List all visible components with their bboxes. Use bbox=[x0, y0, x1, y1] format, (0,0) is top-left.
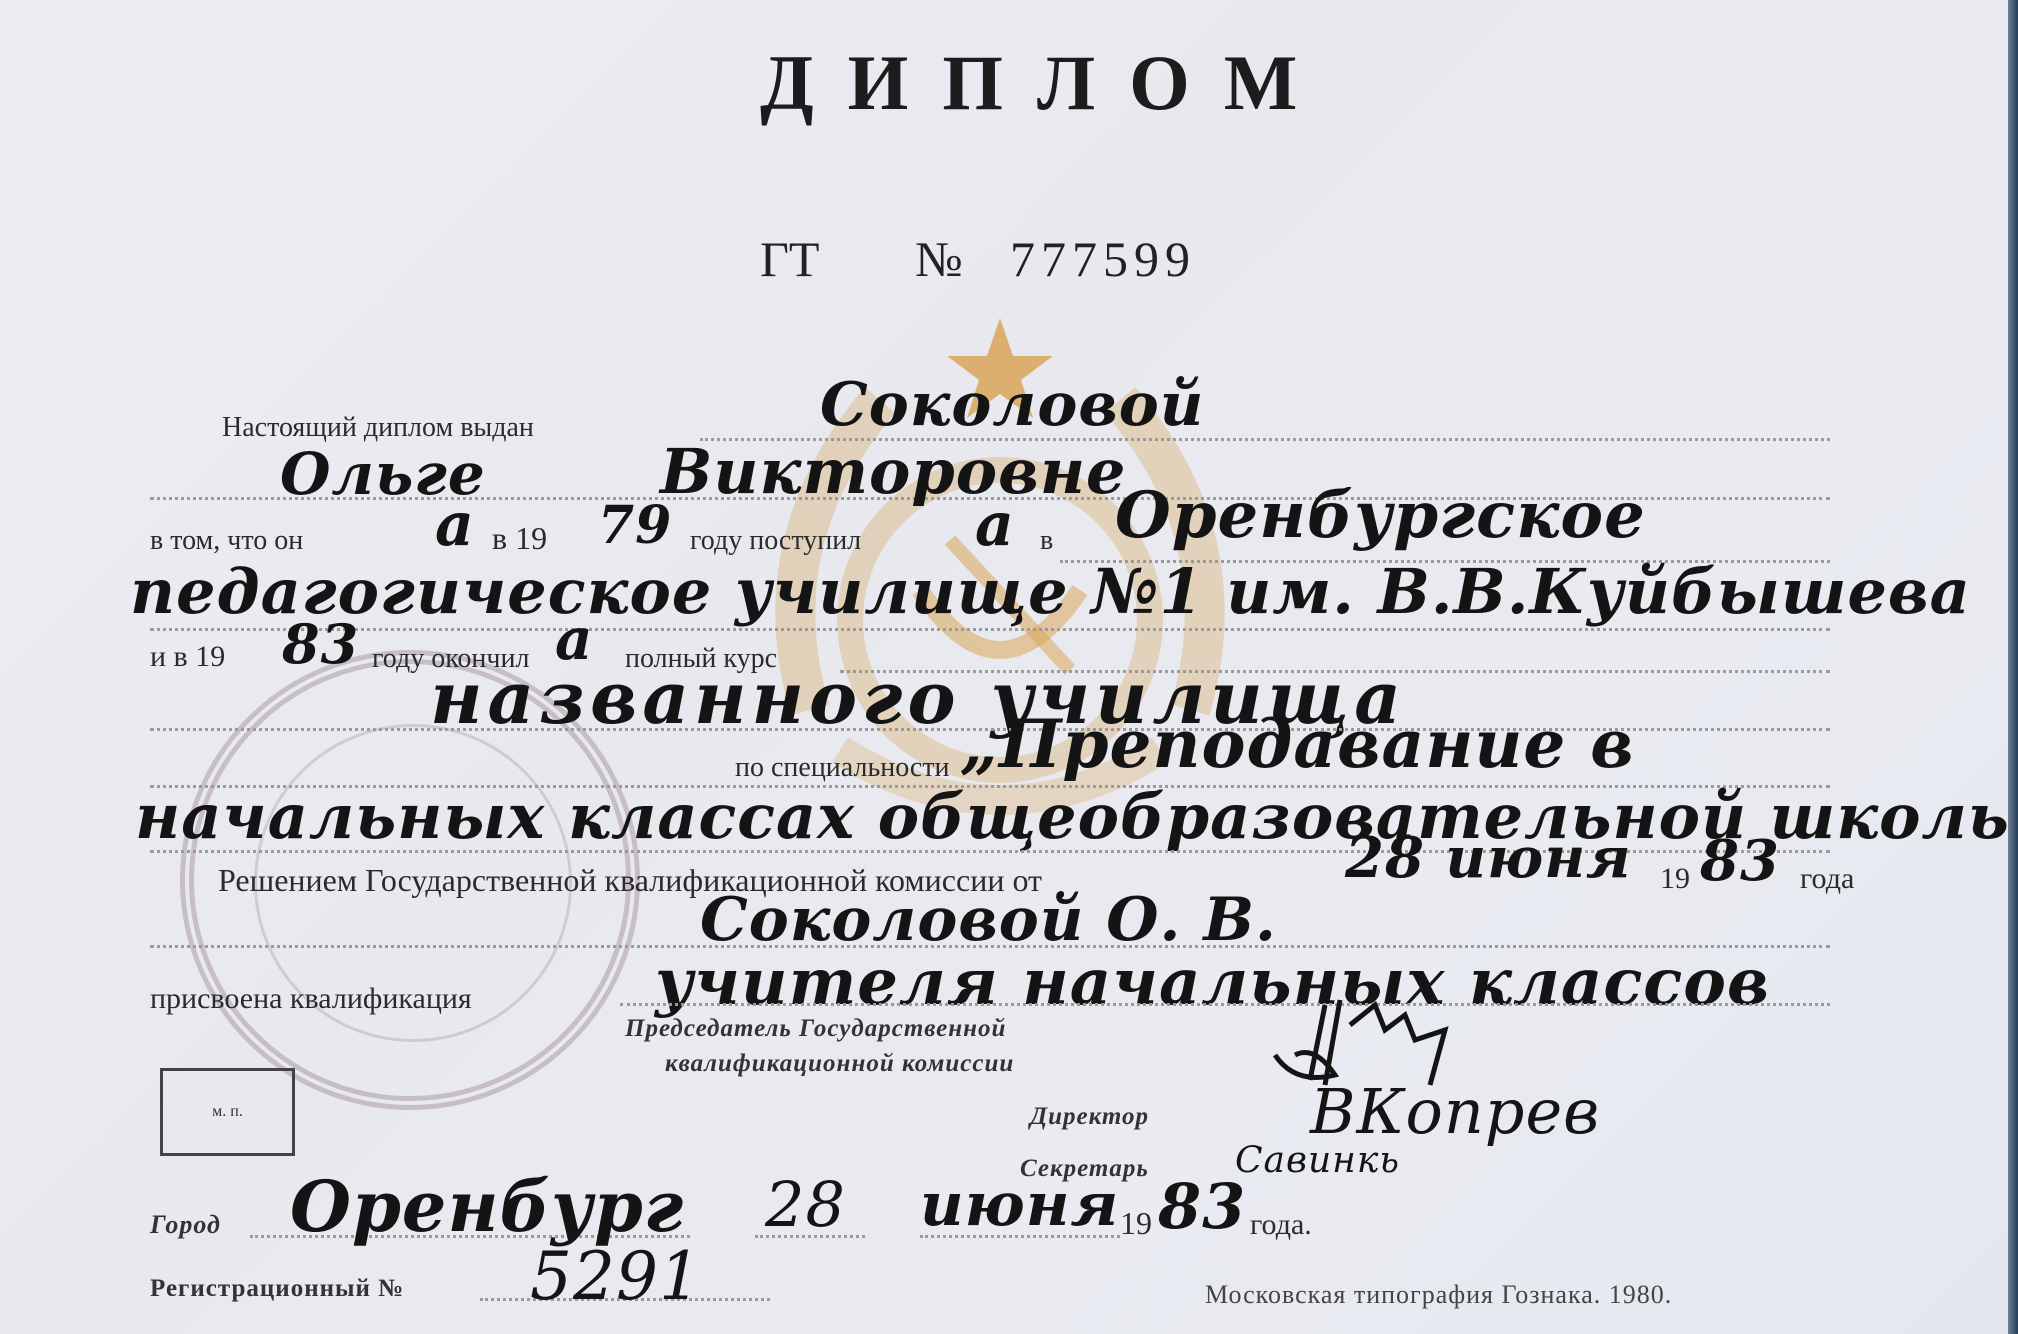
registration-label: Регистрационный № bbox=[150, 1275, 404, 1303]
chairman-label-line-2: квалификационной комиссии bbox=[665, 1050, 1014, 1078]
specialty-line-1: „Преподавание в bbox=[960, 705, 1635, 783]
document-title: ДИПЛОМ bbox=[760, 38, 1331, 128]
recipient-surname: Соколовой bbox=[820, 370, 1204, 440]
date-year-value: 83 bbox=[1158, 1170, 1246, 1243]
grad-year-value: 83 bbox=[282, 612, 359, 676]
institution-line-2: педагогическое училище №1 им. В.В.Куйбыш… bbox=[130, 555, 1971, 628]
grad-year-prefix: и в 19 bbox=[150, 640, 225, 674]
background-edge bbox=[2008, 0, 2018, 1334]
gender-suffix-1: а bbox=[435, 490, 475, 560]
gender-suffix-2: а bbox=[975, 490, 1015, 560]
enroll-year-prefix: в 19 bbox=[492, 520, 547, 557]
city-value: Оренбург bbox=[290, 1165, 684, 1248]
date-year-word: года. bbox=[1250, 1208, 1312, 1242]
chairman-label-line-1: Председатель Государственной bbox=[625, 1015, 1006, 1043]
diploma-paper: ДИПЛОМ ГТ № 777599 Настоящий диплом выда… bbox=[0, 0, 2008, 1334]
printer-imprint: Московская типография Гознака. 1980. bbox=[1205, 1280, 1672, 1310]
number-sign: № bbox=[915, 230, 963, 288]
city-label: Город bbox=[150, 1210, 221, 1240]
commission-date: 28 июня bbox=[1345, 825, 1632, 891]
date-year-prefix: 19 bbox=[1120, 1205, 1152, 1242]
that-label: в том, что он bbox=[150, 525, 303, 557]
institution-line-1: Оренбургское bbox=[1115, 478, 1646, 553]
qualification-label: присвоена квалификация bbox=[150, 982, 472, 1016]
commission-year-value: 83 bbox=[1700, 828, 1780, 894]
director-signature: ВКопрев bbox=[1310, 1075, 1600, 1148]
registration-number: 5291 bbox=[530, 1238, 702, 1315]
director-label: Директор bbox=[1030, 1103, 1149, 1131]
recipient-patronymic: Викторовне bbox=[660, 435, 1126, 508]
series-code: ГТ bbox=[760, 230, 819, 288]
secretary-signature: Савинкь bbox=[1235, 1140, 1400, 1181]
diploma-number: 777599 bbox=[1010, 230, 1196, 288]
date-month: июня bbox=[920, 1170, 1119, 1240]
enrolled-label: году поступил bbox=[690, 525, 861, 557]
in-label: в bbox=[1040, 525, 1053, 557]
qualification-value: учителя начальных классов bbox=[655, 945, 1770, 1020]
commission-year-prefix: 19 bbox=[1660, 862, 1690, 896]
seal-placeholder-box: м. п. bbox=[160, 1068, 295, 1156]
commission-year-word: года bbox=[1800, 862, 1854, 896]
enroll-year-value: 79 bbox=[598, 495, 672, 556]
date-day: 28 bbox=[765, 1168, 846, 1241]
